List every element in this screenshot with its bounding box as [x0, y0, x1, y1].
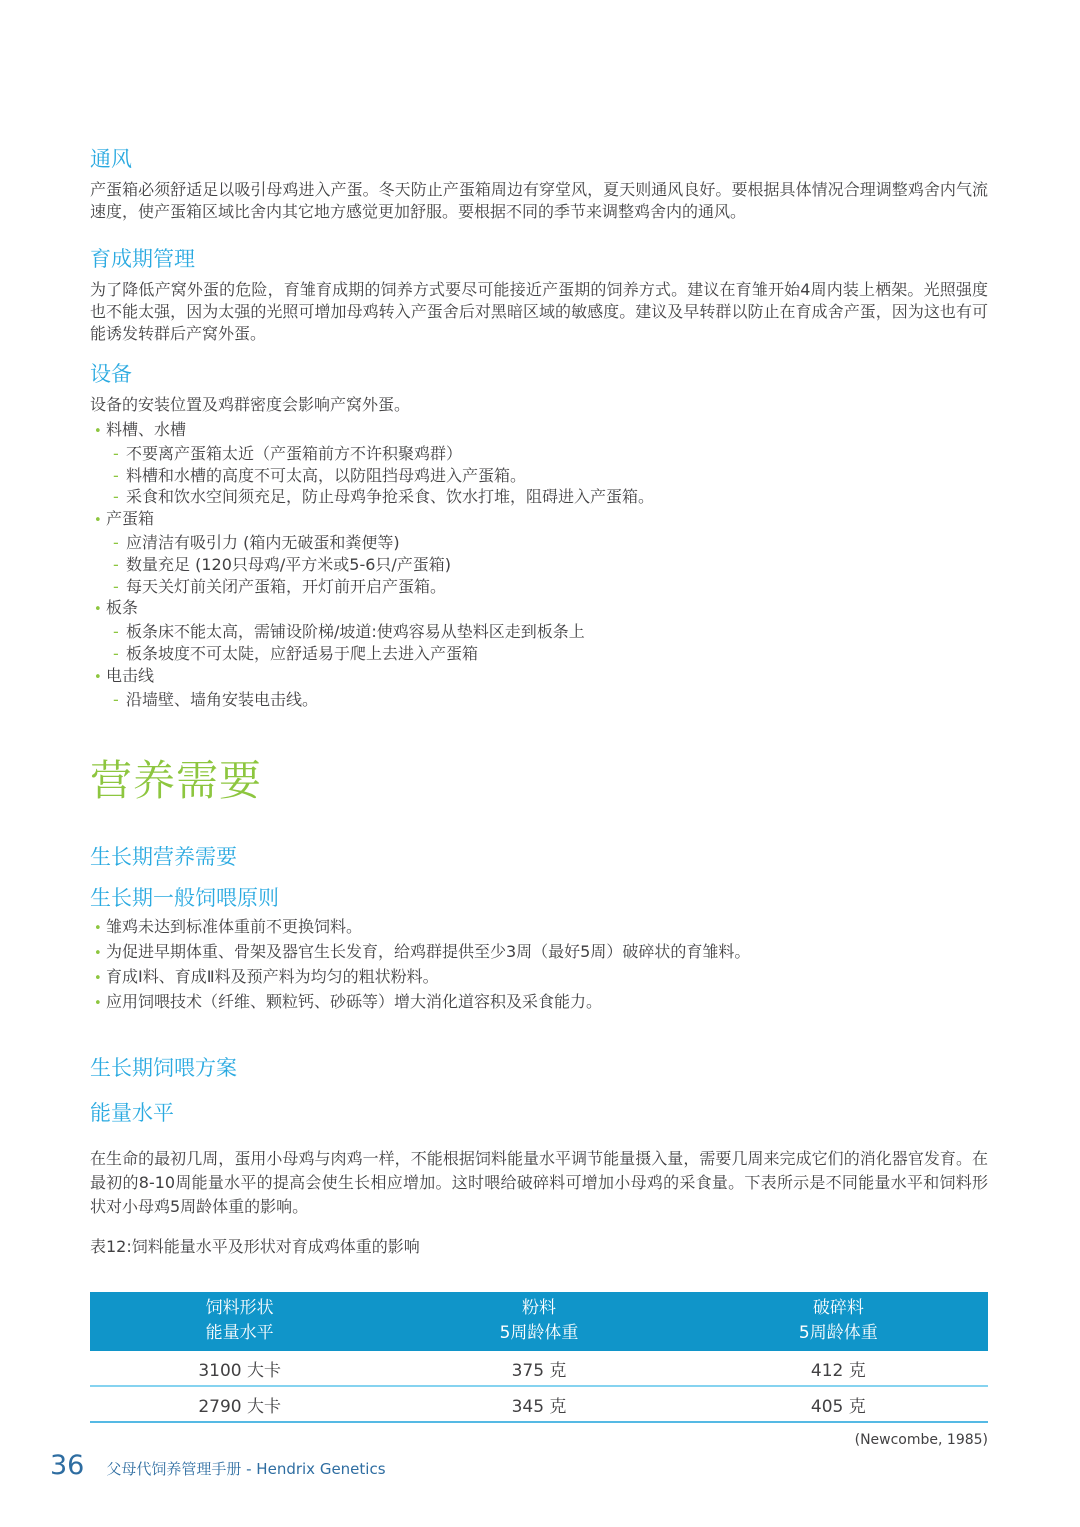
bullet-dot-icon: •: [90, 967, 106, 990]
dash-icon: -: [113, 554, 126, 576]
header-line: 破碎料: [689, 1296, 988, 1321]
principle-text: 为促进早期体重、骨架及器官生长发育，给鸡群提供至少3周（最好5周）破碎状的育雏料…: [106, 940, 750, 963]
list-subitem: - 应清洁有吸引力 (箱内无破蛋和粪便等): [90, 532, 988, 554]
equipment-subitem-text: 应清洁有吸引力 (箱内无破蛋和粪便等): [126, 532, 400, 554]
equipment-item-label: 电击线: [106, 665, 154, 687]
list-item: • 为促进早期体重、骨架及器官生长发育，给鸡群提供至少3周（最好5周）破碎状的育…: [90, 940, 988, 965]
table-cell: 412 克: [689, 1351, 988, 1386]
dash-icon: -: [113, 689, 126, 711]
equipment-list: • 料槽、水槽 - 不要离产蛋箱太近（产蛋箱前方不许积聚鸡群） - 料槽和水槽的…: [90, 419, 988, 710]
table-cell: 375 克: [389, 1351, 688, 1386]
list-subitem: - 料槽和水槽的高度不可太高，以防阻挡母鸡进入产蛋箱。: [90, 465, 988, 487]
equipment-subitem-text: 数量充足 (120只母鸡/平方米或5-6只/产蛋箱): [126, 554, 451, 576]
equipment-item-label: 产蛋箱: [106, 508, 154, 530]
section-heading-energy-level: 能量水平: [90, 1100, 988, 1126]
table-header-cell: 饲料形状 能量水平: [90, 1292, 389, 1351]
bullet-dot-icon: •: [90, 510, 106, 532]
list-item: • 雏鸡未达到标准体重前不更换饲料。: [90, 915, 988, 940]
footer-title: 父母代饲养管理手册 - Hendrix Genetics: [106, 1458, 385, 1479]
equipment-subitem-text: 板条坡度不可太陡，应舒适易于爬上去进入产蛋箱: [126, 643, 478, 665]
table-cell: 3100 大卡: [90, 1351, 389, 1386]
dash-icon: -: [113, 643, 126, 665]
list-subitem: - 板条床不能太高，需铺设阶梯/坡道:使鸡容易从垫料区走到板条上: [90, 621, 988, 643]
equipment-item-label: 料槽、水槽: [106, 419, 186, 441]
manual-page: 通风 产蛋箱必须舒适足以吸引母鸡进入产蛋。冬天防止产蛋箱周边有穿堂风，夏天则通风…: [0, 0, 1080, 1527]
header-line: 能量水平: [90, 1321, 389, 1346]
bullet-dot-icon: •: [90, 599, 106, 621]
list-item: • 料槽、水槽: [90, 419, 988, 443]
list-subitem: - 数量充足 (120只母鸡/平方米或5-6只/产蛋箱): [90, 554, 988, 576]
rearing-paragraph: 为了降低产窝外蛋的危险，育雏育成期的饲养方式要尽可能接近产蛋期的饲养方式。建议在…: [90, 279, 988, 345]
equipment-subitem-text: 每天关灯前关闭产蛋箱，开灯前开启产蛋箱。: [126, 576, 446, 598]
dash-icon: -: [113, 532, 126, 554]
energy-feed-table: 饲料形状 能量水平 粉料 5周龄体重 破碎料 5周龄体重 3100 大卡: [90, 1292, 988, 1423]
list-item: • 产蛋箱: [90, 508, 988, 532]
header-line: 粉料: [389, 1296, 688, 1321]
section-heading-feeding-principles: 生长期一般饲喂原则: [90, 885, 988, 911]
table-header: 饲料形状 能量水平 粉料 5周龄体重 破碎料 5周龄体重: [90, 1292, 988, 1351]
header-line: 5周龄体重: [389, 1321, 688, 1346]
table-header-cell: 粉料 5周龄体重: [389, 1292, 688, 1351]
equipment-subitem-text: 料槽和水槽的高度不可太高，以防阻挡母鸡进入产蛋箱。: [126, 465, 526, 487]
section-heading-rearing: 育成期管理: [90, 246, 988, 272]
list-item: • 电击线: [90, 665, 988, 689]
section-heading-growth-nutrition: 生长期营养需要: [90, 844, 988, 870]
header-line: 5周龄体重: [689, 1321, 988, 1346]
page-content: 通风 产蛋箱必须舒适足以吸引母鸡进入产蛋。冬天防止产蛋箱周边有穿堂风，夏天则通风…: [90, 146, 988, 1448]
list-item: • 板条: [90, 597, 988, 621]
energy-level-paragraph: 在生命的最初几周，蛋用小母鸡与肉鸡一样，不能根据饲料能量水平调节能量摄入量，需要…: [90, 1147, 988, 1219]
dash-icon: -: [113, 486, 126, 508]
page-footer: 36 父母代饲养管理手册 - Hendrix Genetics: [50, 1450, 386, 1481]
bullet-dot-icon: •: [90, 942, 106, 965]
equipment-subitem-text: 板条床不能太高，需铺设阶梯/坡道:使鸡容易从垫料区走到板条上: [126, 621, 585, 643]
bullet-dot-icon: •: [90, 421, 106, 443]
list-subitem: - 板条坡度不可太陡，应舒适易于爬上去进入产蛋箱: [90, 643, 988, 665]
table-header-cell: 破碎料 5周龄体重: [689, 1292, 988, 1351]
table-caption: 表12:饲料能量水平及形状对育成鸡体重的影响: [90, 1234, 988, 1257]
bullet-dot-icon: •: [90, 992, 106, 1015]
principle-text: 育成Ⅰ料、育成Ⅱ料及预产料为均匀的粗状粉料。: [106, 965, 439, 988]
bullet-dot-icon: •: [90, 667, 106, 689]
section-heading-ventilation: 通风: [90, 146, 988, 172]
dash-icon: -: [113, 443, 126, 465]
ventilation-paragraph: 产蛋箱必须舒适足以吸引母鸡进入产蛋。冬天防止产蛋箱周边有穿堂风，夏天则通风良好。…: [90, 179, 988, 223]
table-cell: 345 克: [389, 1386, 688, 1422]
table-row: 3100 大卡 375 克 412 克: [90, 1351, 988, 1386]
table-source: (Newcombe, 1985): [90, 1432, 988, 1448]
principle-text: 雏鸡未达到标准体重前不更换饲料。: [106, 915, 362, 938]
list-item: • 应用饲喂技术（纤维、颗粒钙、砂砾等）增大消化道容积及采食能力。: [90, 990, 988, 1015]
equipment-item-label: 板条: [106, 597, 138, 619]
dash-icon: -: [113, 621, 126, 643]
list-subitem: - 每天关灯前关闭产蛋箱，开灯前开启产蛋箱。: [90, 576, 988, 598]
equipment-intro: 设备的安装位置及鸡群密度会影响产窝外蛋。: [90, 394, 988, 416]
table-row: 2790 大卡 345 克 405 克: [90, 1386, 988, 1422]
list-item: • 育成Ⅰ料、育成Ⅱ料及预产料为均匀的粗状粉料。: [90, 965, 988, 990]
equipment-subitem-text: 采食和饮水空间须充足，防止母鸡争抢采食、饮水打堆，阻碍进入产蛋箱。: [126, 486, 654, 508]
bullet-dot-icon: •: [90, 917, 106, 940]
list-subitem: - 采食和饮水空间须充足，防止母鸡争抢采食、饮水打堆，阻碍进入产蛋箱。: [90, 486, 988, 508]
section-heading-equipment: 设备: [90, 361, 988, 387]
chapter-title: 营养需要: [90, 756, 988, 806]
equipment-subitem-text: 不要离产蛋箱太近（产蛋箱前方不许积聚鸡群）: [126, 443, 462, 465]
header-line: 饲料形状: [90, 1296, 389, 1321]
table-cell: 2790 大卡: [90, 1386, 389, 1422]
principle-text: 应用饲喂技术（纤维、颗粒钙、砂砾等）增大消化道容积及采食能力。: [106, 990, 602, 1013]
section-heading-feeding-program: 生长期饲喂方案: [90, 1055, 988, 1081]
page-number: 36: [50, 1450, 84, 1481]
table-cell: 405 克: [689, 1386, 988, 1422]
list-subitem: - 沿墙壁、墙角安装电击线。: [90, 689, 988, 711]
feeding-principles-list: • 雏鸡未达到标准体重前不更换饲料。 • 为促进早期体重、骨架及器官生长发育，给…: [90, 915, 988, 1015]
list-subitem: - 不要离产蛋箱太近（产蛋箱前方不许积聚鸡群）: [90, 443, 988, 465]
dash-icon: -: [113, 576, 126, 598]
equipment-subitem-text: 沿墙壁、墙角安装电击线。: [126, 689, 318, 711]
dash-icon: -: [113, 465, 126, 487]
